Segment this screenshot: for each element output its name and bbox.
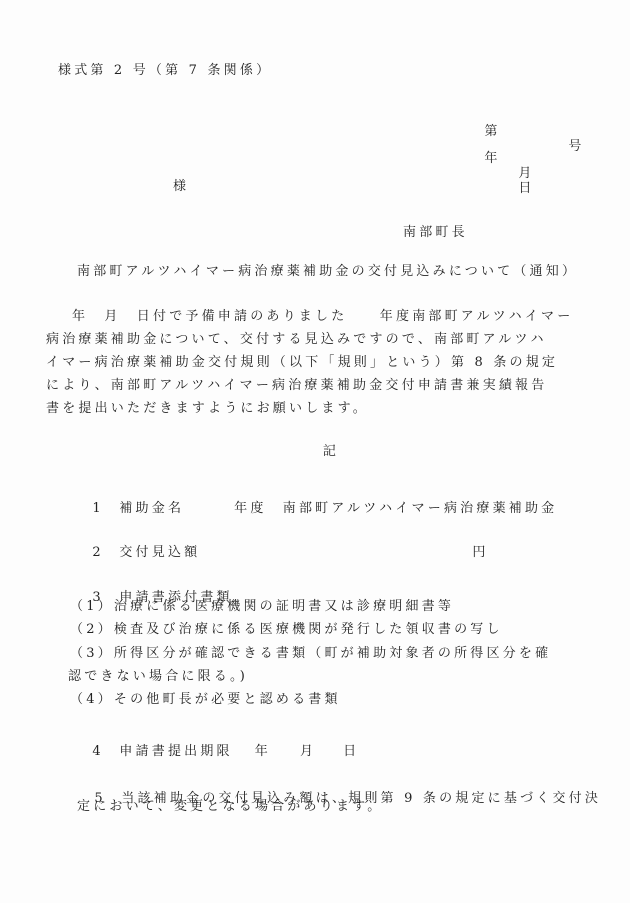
doc-number-suffix: 号	[568, 139, 584, 154]
item-label: 交付見込額	[119, 545, 200, 560]
deadline-day-label: 日	[343, 744, 359, 759]
item-submission-deadline: 4申請書提出期限年月日	[63, 729, 359, 774]
date-year-label: 年	[484, 151, 500, 166]
item-number: 4	[92, 744, 119, 759]
deadline-year-label: 年	[255, 744, 271, 759]
body-line: 年 月 日付で予備申請のありました 年度南部町アルツハイマー	[46, 305, 586, 328]
date-month-label: 月	[518, 166, 534, 181]
document-page: 様式第 2 号（第 7 条関係） 第 号 年 月 日 様 南部町長 南部町アルツ…	[0, 0, 630, 903]
item-number: 1	[92, 501, 119, 516]
sender-name: 南部町長	[403, 225, 468, 240]
body-line: イマー病治療薬補助金交付規則（以下「規則」という）第 8 条の規定	[46, 351, 586, 374]
addressee-honorific: 様	[173, 179, 189, 194]
body-line: により、南部町アルツハイマー病治療薬補助金交付申請書兼実績報告	[46, 374, 586, 397]
sub-item-1: （1）治療に係る医療機関の証明書又は診療明細書等	[70, 599, 454, 614]
sub-item-2: （2）検査及び治療に係る医療機関が発行した領収書の写し	[70, 622, 503, 637]
item-expected-amount: 2交付見込額円	[63, 530, 489, 575]
body-line: 病治療薬補助金について、交付する見込みですので、南部町アルツハ	[46, 328, 586, 351]
record-marker: 記	[0, 444, 630, 459]
item-number: 2	[92, 545, 119, 560]
currency-unit-label: 円	[472, 545, 488, 560]
sub-item-4: （4）その他町長が必要と認める書類	[70, 692, 341, 707]
item-label: 申請書提出期限	[119, 744, 232, 759]
form-number: 様式第 2 号（第 7 条関係）	[58, 63, 272, 78]
date-line: 年 月 日	[455, 136, 535, 211]
item-subsidy-name: 1補助金名年度 南部町アルツハイマー病治療薬補助金	[63, 486, 557, 531]
item-value: 年度 南部町アルツハイマー病治療薬補助金	[234, 501, 557, 516]
sub-item-3: （3）所得区分が確認できる書類（町が補助対象者の所得区分を確	[70, 646, 551, 661]
deadline-month-label: 月	[300, 744, 316, 759]
sub-item-3-continued: 認できない場合に限る。)	[68, 669, 248, 684]
body-line: 書を提出いただきますようにお願いします。	[46, 397, 586, 420]
item-label: 補助金名	[119, 501, 184, 516]
date-day-label: 日	[518, 181, 534, 196]
document-title: 南部町アルツハイマー病治療薬補助金の交付見込みについて（通知）	[77, 264, 578, 279]
note-line-2: 定において、変更となる場合があります。	[77, 799, 384, 814]
body-paragraph: 年 月 日付で予備申請のありました 年度南部町アルツハイマー 病治療薬補助金につ…	[46, 305, 586, 420]
